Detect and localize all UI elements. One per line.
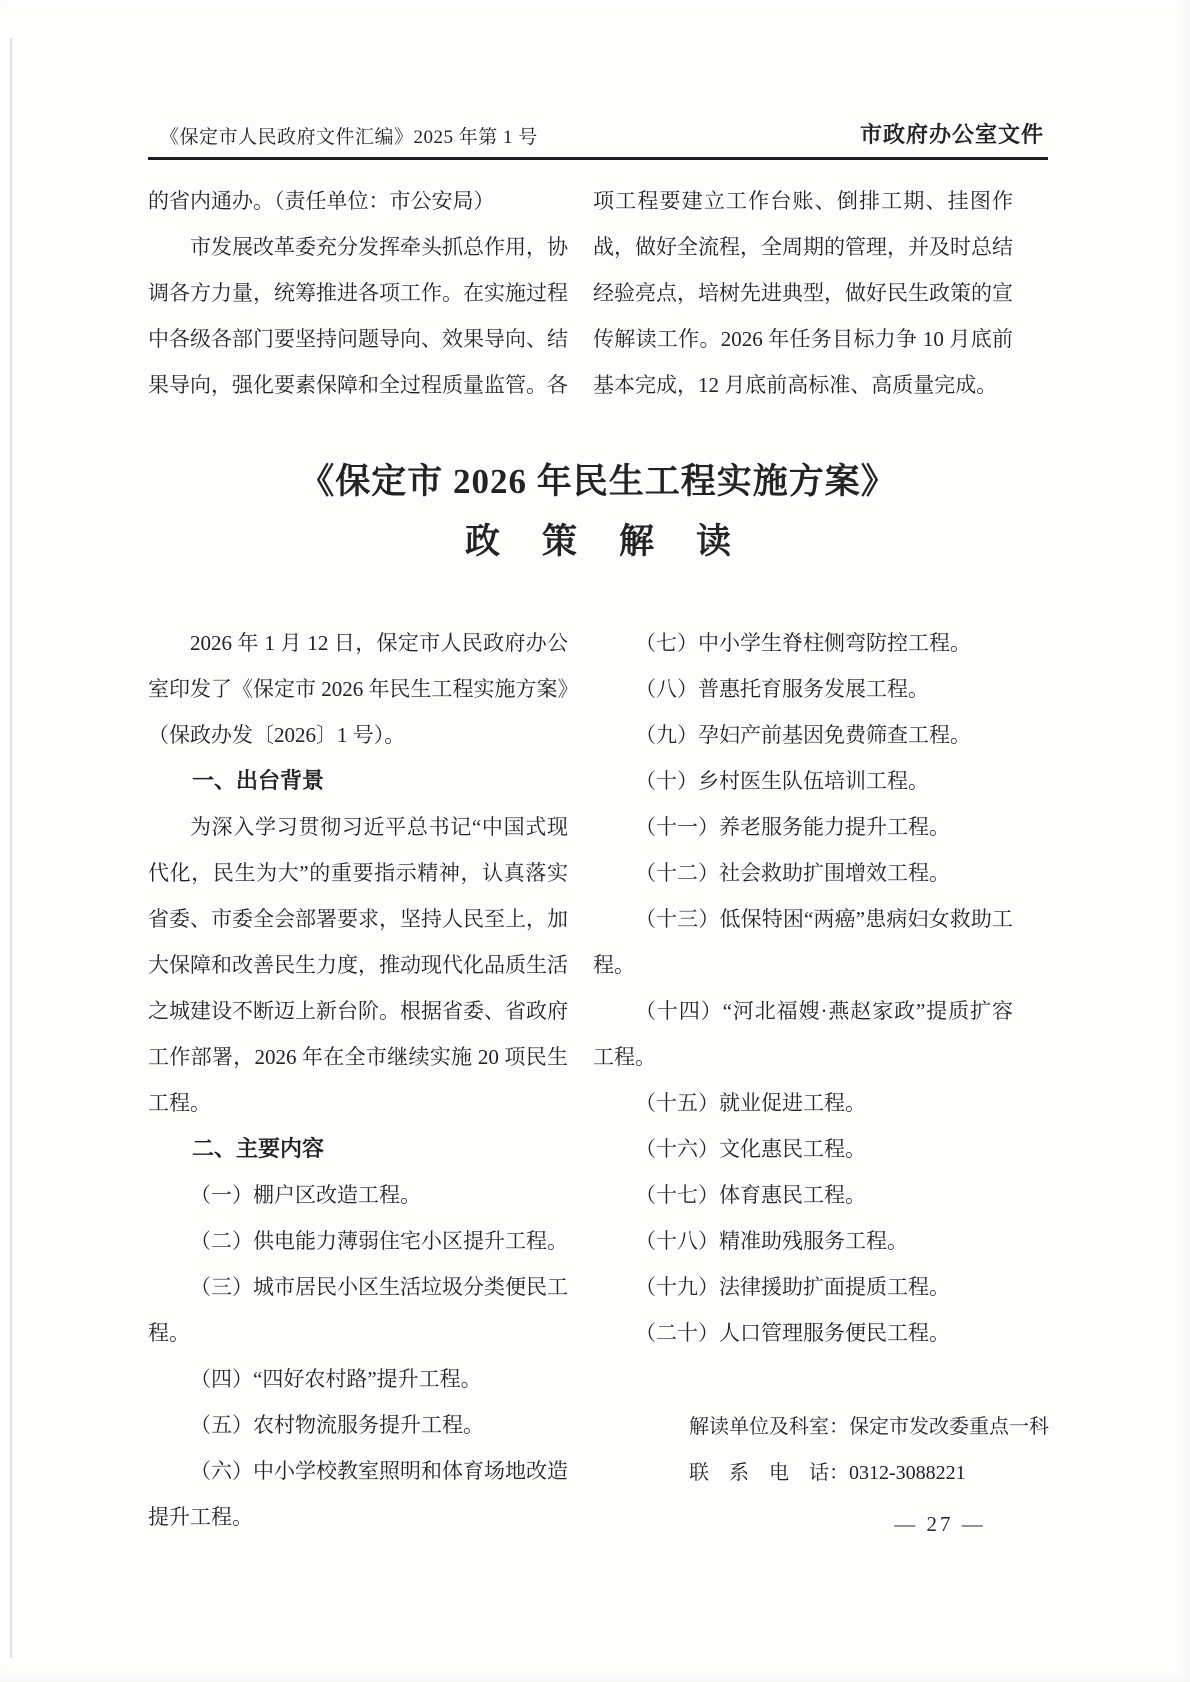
paragraph: 的省内通办。（责任单位：市公安局） — [148, 178, 568, 224]
header-compilation-title: 《保定市人民政府文件汇编》2025 年第 1 号 — [160, 122, 538, 149]
section-heading: 一、出台背景 — [148, 758, 568, 804]
paragraph: （十一）养老服务能力提升工程。 — [593, 804, 1013, 850]
paragraph: （八）普惠托育服务发展工程。 — [593, 666, 1013, 712]
paragraph: 2026 年 1 月 12 日，保定市人民政府办公室印发了《保定市 2026 年… — [148, 620, 568, 758]
article-title: 《保定市 2026 年民生工程实施方案》 政策解读 — [148, 456, 1048, 568]
section-heading: 二、主要内容 — [148, 1126, 568, 1172]
main-section: 2026 年 1 月 12 日，保定市人民政府办公室印发了《保定市 2026 年… — [148, 620, 1048, 1540]
main-right-column: （七）中小学生脊柱侧弯防控工程。（八）普惠托育服务发展工程。（九）孕妇产前基因免… — [593, 620, 1013, 1540]
scan-edge-artifact — [10, 38, 12, 1658]
paragraph: （十七）体育惠民工程。 — [593, 1172, 1013, 1218]
contact-unit-line: 解读单位及科室：保定市发改委重点一科 — [689, 1404, 1013, 1450]
paragraph: 为深入学习贯彻习近平总书记“中国式现代化，民生为大”的重要指示精神，认真落实省委… — [148, 804, 568, 1126]
page-content: 《保定市人民政府文件汇编》2025 年第 1 号 市政府办公室文件 的省内通办。… — [148, 118, 1048, 1540]
paragraph: （六）中小学校教室照明和体育场地改造提升工程。 — [148, 1448, 568, 1540]
contact-phone-line: 联 系 电 话：0312-3088221 — [689, 1450, 1013, 1496]
paragraph: （二十）人口管理服务便民工程。 — [593, 1310, 1013, 1356]
article-title-line1: 《保定市 2026 年民生工程实施方案》 — [148, 456, 1048, 508]
paragraph: （十八）精准助残服务工程。 — [593, 1218, 1013, 1264]
contact-block: 解读单位及科室：保定市发改委重点一科 联 系 电 话：0312-3088221 — [593, 1404, 1013, 1496]
main-left-column: 2026 年 1 月 12 日，保定市人民政府办公室印发了《保定市 2026 年… — [148, 620, 568, 1540]
paragraph: 市发展改革委充分发挥牵头抓总作用，协调各方力量，统筹推进各项工作。在实施过程中各… — [148, 224, 568, 408]
header-document-category: 市政府办公室文件 — [860, 118, 1044, 149]
paragraph: （十六）文化惠民工程。 — [593, 1126, 1013, 1172]
paragraph: （十九）法律援助扩面提质工程。 — [593, 1264, 1013, 1310]
paragraph: （九）孕妇产前基因免费筛查工程。 — [593, 712, 1013, 758]
paragraph: （十二）社会救助扩围增效工程。 — [593, 850, 1013, 896]
page-header: 《保定市人民政府文件汇编》2025 年第 1 号 市政府办公室文件 — [148, 118, 1048, 160]
intro-right-column: 项工程要建立工作台账、倒排工期、挂图作战，做好全流程，全周期的管理，并及时总结经… — [593, 178, 1013, 408]
paragraph: （四）“四好农村路”提升工程。 — [148, 1356, 568, 1402]
main-right-items: （七）中小学生脊柱侧弯防控工程。（八）普惠托育服务发展工程。（九）孕妇产前基因免… — [593, 620, 1013, 1356]
paragraph: （十五）就业促进工程。 — [593, 1080, 1013, 1126]
paragraph: （七）中小学生脊柱侧弯防控工程。 — [593, 620, 1013, 666]
document-page: 《保定市人民政府文件汇编》2025 年第 1 号 市政府办公室文件 的省内通办。… — [0, 0, 1190, 1682]
paragraph: （三）城市居民小区生活垃圾分类便民工程。 — [148, 1264, 568, 1356]
intro-section: 的省内通办。（责任单位：市公安局）市发展改革委充分发挥牵头抓总作用，协调各方力量… — [148, 178, 1048, 408]
paragraph: 项工程要建立工作台账、倒排工期、挂图作战，做好全流程，全周期的管理，并及时总结经… — [593, 178, 1013, 408]
paragraph: （十）乡村医生队伍培训工程。 — [593, 758, 1013, 804]
paragraph: （十三）低保特困“两癌”患病妇女救助工程。 — [593, 896, 1013, 988]
page-number: — 27 — — [880, 1512, 1000, 1537]
intro-left-column: 的省内通办。（责任单位：市公安局）市发展改革委充分发挥牵头抓总作用，协调各方力量… — [148, 178, 568, 408]
paragraph: （十四）“河北福嫂·燕赵家政”提质扩容工程。 — [593, 988, 1013, 1080]
article-title-line2: 政策解读 — [148, 516, 1048, 568]
paragraph: （二）供电能力薄弱住宅小区提升工程。 — [148, 1218, 568, 1264]
paragraph: （一）棚户区改造工程。 — [148, 1172, 568, 1218]
paragraph: （五）农村物流服务提升工程。 — [148, 1402, 568, 1448]
